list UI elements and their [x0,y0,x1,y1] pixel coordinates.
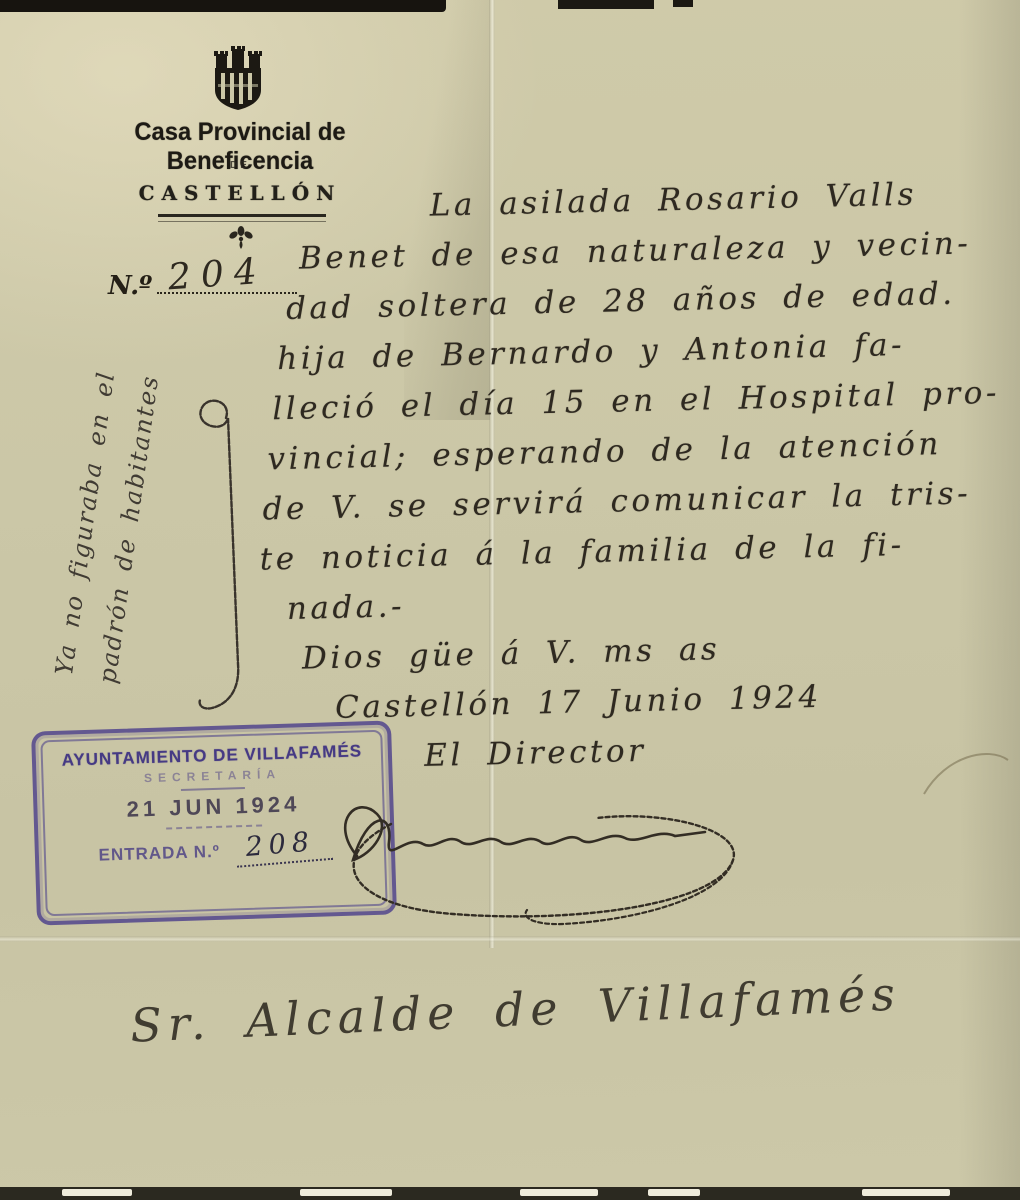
stamp-entry-label: ENTRADA N.º [98,842,220,865]
director-signature-flourish [295,738,795,928]
reference-number-value: 204 [167,251,268,299]
rubric-flourish [182,392,272,728]
scan-edge-artifact [558,0,654,9]
scan-edge-artifact [0,1187,1020,1200]
stamp-divider [181,787,245,791]
stamp-divider [166,824,262,829]
scan-edge-gap [648,1189,700,1196]
letter-body: La asilada Rosario Valls Benet de esa na… [261,168,1014,785]
scan-edge-gap [300,1189,392,1196]
scan-edge-artifact [673,0,693,7]
scan-edge-gap [62,1189,132,1196]
margin-annotation: Ya no figuraba en el padrón de habitante… [36,327,177,725]
scan-edge-gap [520,1189,598,1196]
coat-of-arms-icon [208,46,268,112]
pencil-stroke [918,742,1014,806]
horizontal-fold-crease [0,936,1020,942]
addressee-line: Sr. Alcalde de Villafamés [129,965,931,1052]
scanned-letter-page: Casa Provincial de Beneficencia DE CASTE… [0,0,1020,1200]
scan-edge-artifact [0,0,446,12]
letterhead-org-particle: DE [50,160,430,171]
floral-ornament-icon [226,224,256,250]
scan-edge-gap [862,1189,950,1196]
reference-number-label: N.º [108,271,152,301]
